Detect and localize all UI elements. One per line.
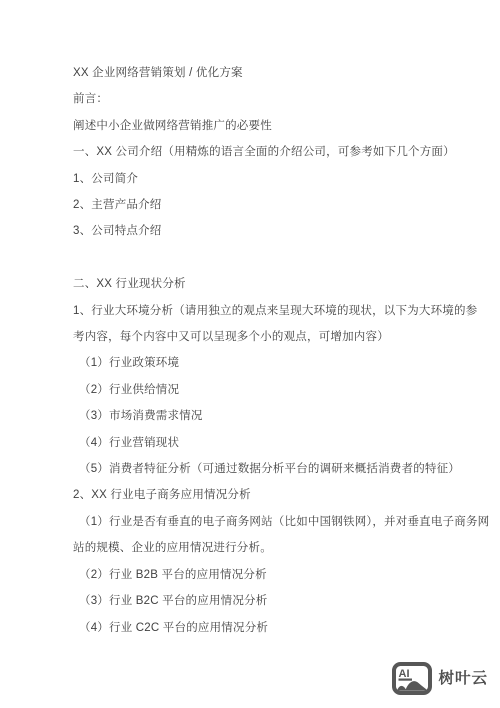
doc-line: 3、公司特点介绍 <box>73 218 480 244</box>
watermark-logo: AI 树叶云 <box>392 662 488 695</box>
doc-line: 2、主营产品介绍 <box>73 192 480 218</box>
doc-line: （4）行业营销现状 <box>73 430 480 456</box>
doc-line: （3）市场消费需求情况 <box>73 403 480 429</box>
doc-line: （2）行业供给情况 <box>73 377 480 403</box>
doc-line: （5）消费者特征分析（可通过数据分析平台的调研来概括消费者的特征） <box>73 456 480 482</box>
doc-line: （3）行业 B2C 平台的应用情况分析 <box>73 588 480 614</box>
doc-line: （1）行业政策环境 <box>73 350 480 376</box>
doc-title: XX 企业网络营销策划 / 优化方案 <box>73 60 480 86</box>
doc-line: 阐述中小企业做网络营销推广的必要性 <box>73 113 480 139</box>
doc-line: （2）行业 B2B 平台的应用情况分析 <box>73 562 480 588</box>
doc-line: 站的规模、企业的应用情况进行分析。 <box>73 535 480 561</box>
doc-heading-section-1: 一、XX 公司介绍（用精炼的语言全面的介绍公司，可参考如下几个方面） <box>73 139 480 165</box>
doc-line: 2、XX 行业电子商务应用情况分析 <box>73 482 480 508</box>
doc-line-preface: 前言： <box>73 86 480 112</box>
doc-line: 考内容，每个内容中又可以呈现多个小的观点，可增加内容） <box>73 324 480 350</box>
doc-line: 1、行业大环境分析（请用独立的观点来呈现大环境的现状，以下为大环境的参 <box>73 298 480 324</box>
doc-heading-section-2: 二、XX 行业现状分析 <box>73 271 480 297</box>
ai-image-logo-icon: AI <box>392 662 432 695</box>
watermark-brand-text: 树叶云 <box>438 671 488 687</box>
document-page: XX 企业网络营销策划 / 优化方案 前言： 阐述中小企业做网络营销推广的必要性… <box>73 60 480 641</box>
doc-line: （4）行业 C2C 平台的应用情况分析 <box>73 615 480 641</box>
doc-line: 1、公司简介 <box>73 166 480 192</box>
doc-line: （1）行业是否有垂直的电子商务网站（比如中国钢铁网），并对垂直电子商务网 <box>73 509 480 535</box>
svg-text:AI: AI <box>399 668 410 680</box>
